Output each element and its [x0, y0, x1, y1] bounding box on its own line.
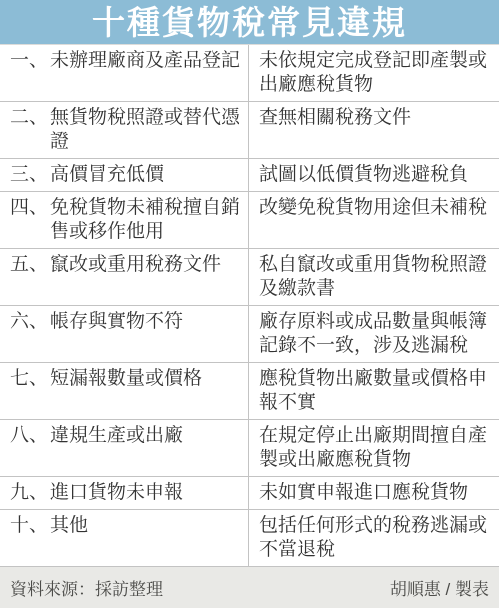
description-cell: 未依規定完成登記即產製或出廠應稅貨物 [248, 45, 499, 101]
credit-label: 胡順惠 / 製表 [390, 575, 489, 600]
table-row: 一、 未辦理廠商及產品登記 未依規定完成登記即產製或出廠應稅貨物 [0, 45, 499, 102]
description-text: 未如實申報進口應稅貨物 [259, 482, 468, 503]
description-text: 查無相關稅務文件 [259, 107, 411, 128]
table-row: 四、 免稅貨物未補稅擅自銷售或移作他用 改變免稅貨物用途但未補稅 [0, 192, 499, 249]
table-row: 八、 違規生產或出廠 在規定停止出廠期間擅自產製或出廠應稅貨物 [0, 420, 499, 477]
row-number: 一、 [10, 49, 50, 73]
description-text: 未依規定完成登記即產製或出廠應稅貨物 [259, 50, 487, 95]
violation-text: 帳存與實物不符 [50, 310, 244, 334]
violation-text: 竄改或重用稅務文件 [50, 253, 244, 277]
violation-cell: 二、 無貨物稅照證或替代憑證 [0, 102, 248, 158]
violation-text: 違規生產或出廠 [50, 424, 244, 448]
source-label: 資料來源：採訪整理 [10, 575, 163, 600]
violation-text: 未辦理廠商及產品登記 [50, 49, 244, 73]
page-title: 十種貨物稅常見違規 [0, 0, 499, 44]
table-row: 十、 其他 包括任何形式的稅務逃漏或不當退稅 [0, 510, 499, 567]
description-text: 應稅貨物出廠數量或價格申報不實 [259, 368, 487, 413]
row-number: 二、 [10, 106, 50, 130]
description-cell: 私自竄改或重用貨物稅照證及繳款書 [248, 249, 499, 305]
description-cell: 查無相關稅務文件 [248, 102, 499, 158]
violations-table: 一、 未辦理廠商及產品登記 未依規定完成登記即產製或出廠應稅貨物 二、 無貨物稅… [0, 44, 499, 567]
description-cell: 廠存原料或成品數量與帳簿記錄不一致，涉及逃漏稅 [248, 306, 499, 362]
violation-cell: 一、 未辦理廠商及產品登記 [0, 45, 248, 101]
description-text: 改變免稅貨物用途但未補稅 [259, 197, 487, 218]
table-row: 七、 短漏報數量或價格 應稅貨物出廠數量或價格申報不實 [0, 363, 499, 420]
table-row: 九、 進口貨物未申報 未如實申報進口應稅貨物 [0, 477, 499, 510]
table-row: 三、 高價冒充低價 試圖以低價貨物逃避稅負 [0, 159, 499, 192]
violation-text: 進口貨物未申報 [50, 481, 244, 505]
description-cell: 包括任何形式的稅務逃漏或不當退稅 [248, 510, 499, 566]
row-number: 八、 [10, 424, 50, 448]
row-number: 四、 [10, 196, 50, 220]
violation-cell: 四、 免稅貨物未補稅擅自銷售或移作他用 [0, 192, 248, 248]
description-cell: 改變免稅貨物用途但未補稅 [248, 192, 499, 248]
violation-cell: 六、 帳存與實物不符 [0, 306, 248, 362]
description-text: 在規定停止出廠期間擅自產製或出廠應稅貨物 [259, 425, 487, 470]
violation-text: 其他 [50, 514, 244, 538]
violation-cell: 八、 違規生產或出廠 [0, 420, 248, 476]
description-cell: 應稅貨物出廠數量或價格申報不實 [248, 363, 499, 419]
row-number: 十、 [10, 514, 50, 538]
row-number: 七、 [10, 367, 50, 391]
table-row: 五、 竄改或重用稅務文件 私自竄改或重用貨物稅照證及繳款書 [0, 249, 499, 306]
row-number: 六、 [10, 310, 50, 334]
row-number: 三、 [10, 163, 50, 187]
violation-cell: 五、 竄改或重用稅務文件 [0, 249, 248, 305]
description-cell: 在規定停止出廠期間擅自產製或出廠應稅貨物 [248, 420, 499, 476]
violation-cell: 三、 高價冒充低價 [0, 159, 248, 191]
violation-cell: 七、 短漏報數量或價格 [0, 363, 248, 419]
description-text: 包括任何形式的稅務逃漏或不當退稅 [259, 515, 487, 560]
table-row: 六、 帳存與實物不符 廠存原料或成品數量與帳簿記錄不一致，涉及逃漏稅 [0, 306, 499, 363]
footer: 資料來源：採訪整理 胡順惠 / 製表 [0, 567, 499, 608]
description-text: 私自竄改或重用貨物稅照證及繳款書 [259, 254, 487, 299]
row-number: 五、 [10, 253, 50, 277]
violation-text: 無貨物稅照證或替代憑證 [50, 106, 244, 154]
table-row: 二、 無貨物稅照證或替代憑證 查無相關稅務文件 [0, 102, 499, 159]
violation-text: 短漏報數量或價格 [50, 367, 244, 391]
description-text: 廠存原料或成品數量與帳簿記錄不一致，涉及逃漏稅 [259, 311, 487, 356]
row-number: 九、 [10, 481, 50, 505]
description-cell: 試圖以低價貨物逃避稅負 [248, 159, 499, 191]
violation-text: 高價冒充低價 [50, 163, 244, 187]
violation-text: 免稅貨物未補稅擅自銷售或移作他用 [50, 196, 244, 244]
description-cell: 未如實申報進口應稅貨物 [248, 477, 499, 509]
description-text: 試圖以低價貨物逃避稅負 [259, 164, 468, 185]
violation-cell: 十、 其他 [0, 510, 248, 566]
violation-cell: 九、 進口貨物未申報 [0, 477, 248, 509]
